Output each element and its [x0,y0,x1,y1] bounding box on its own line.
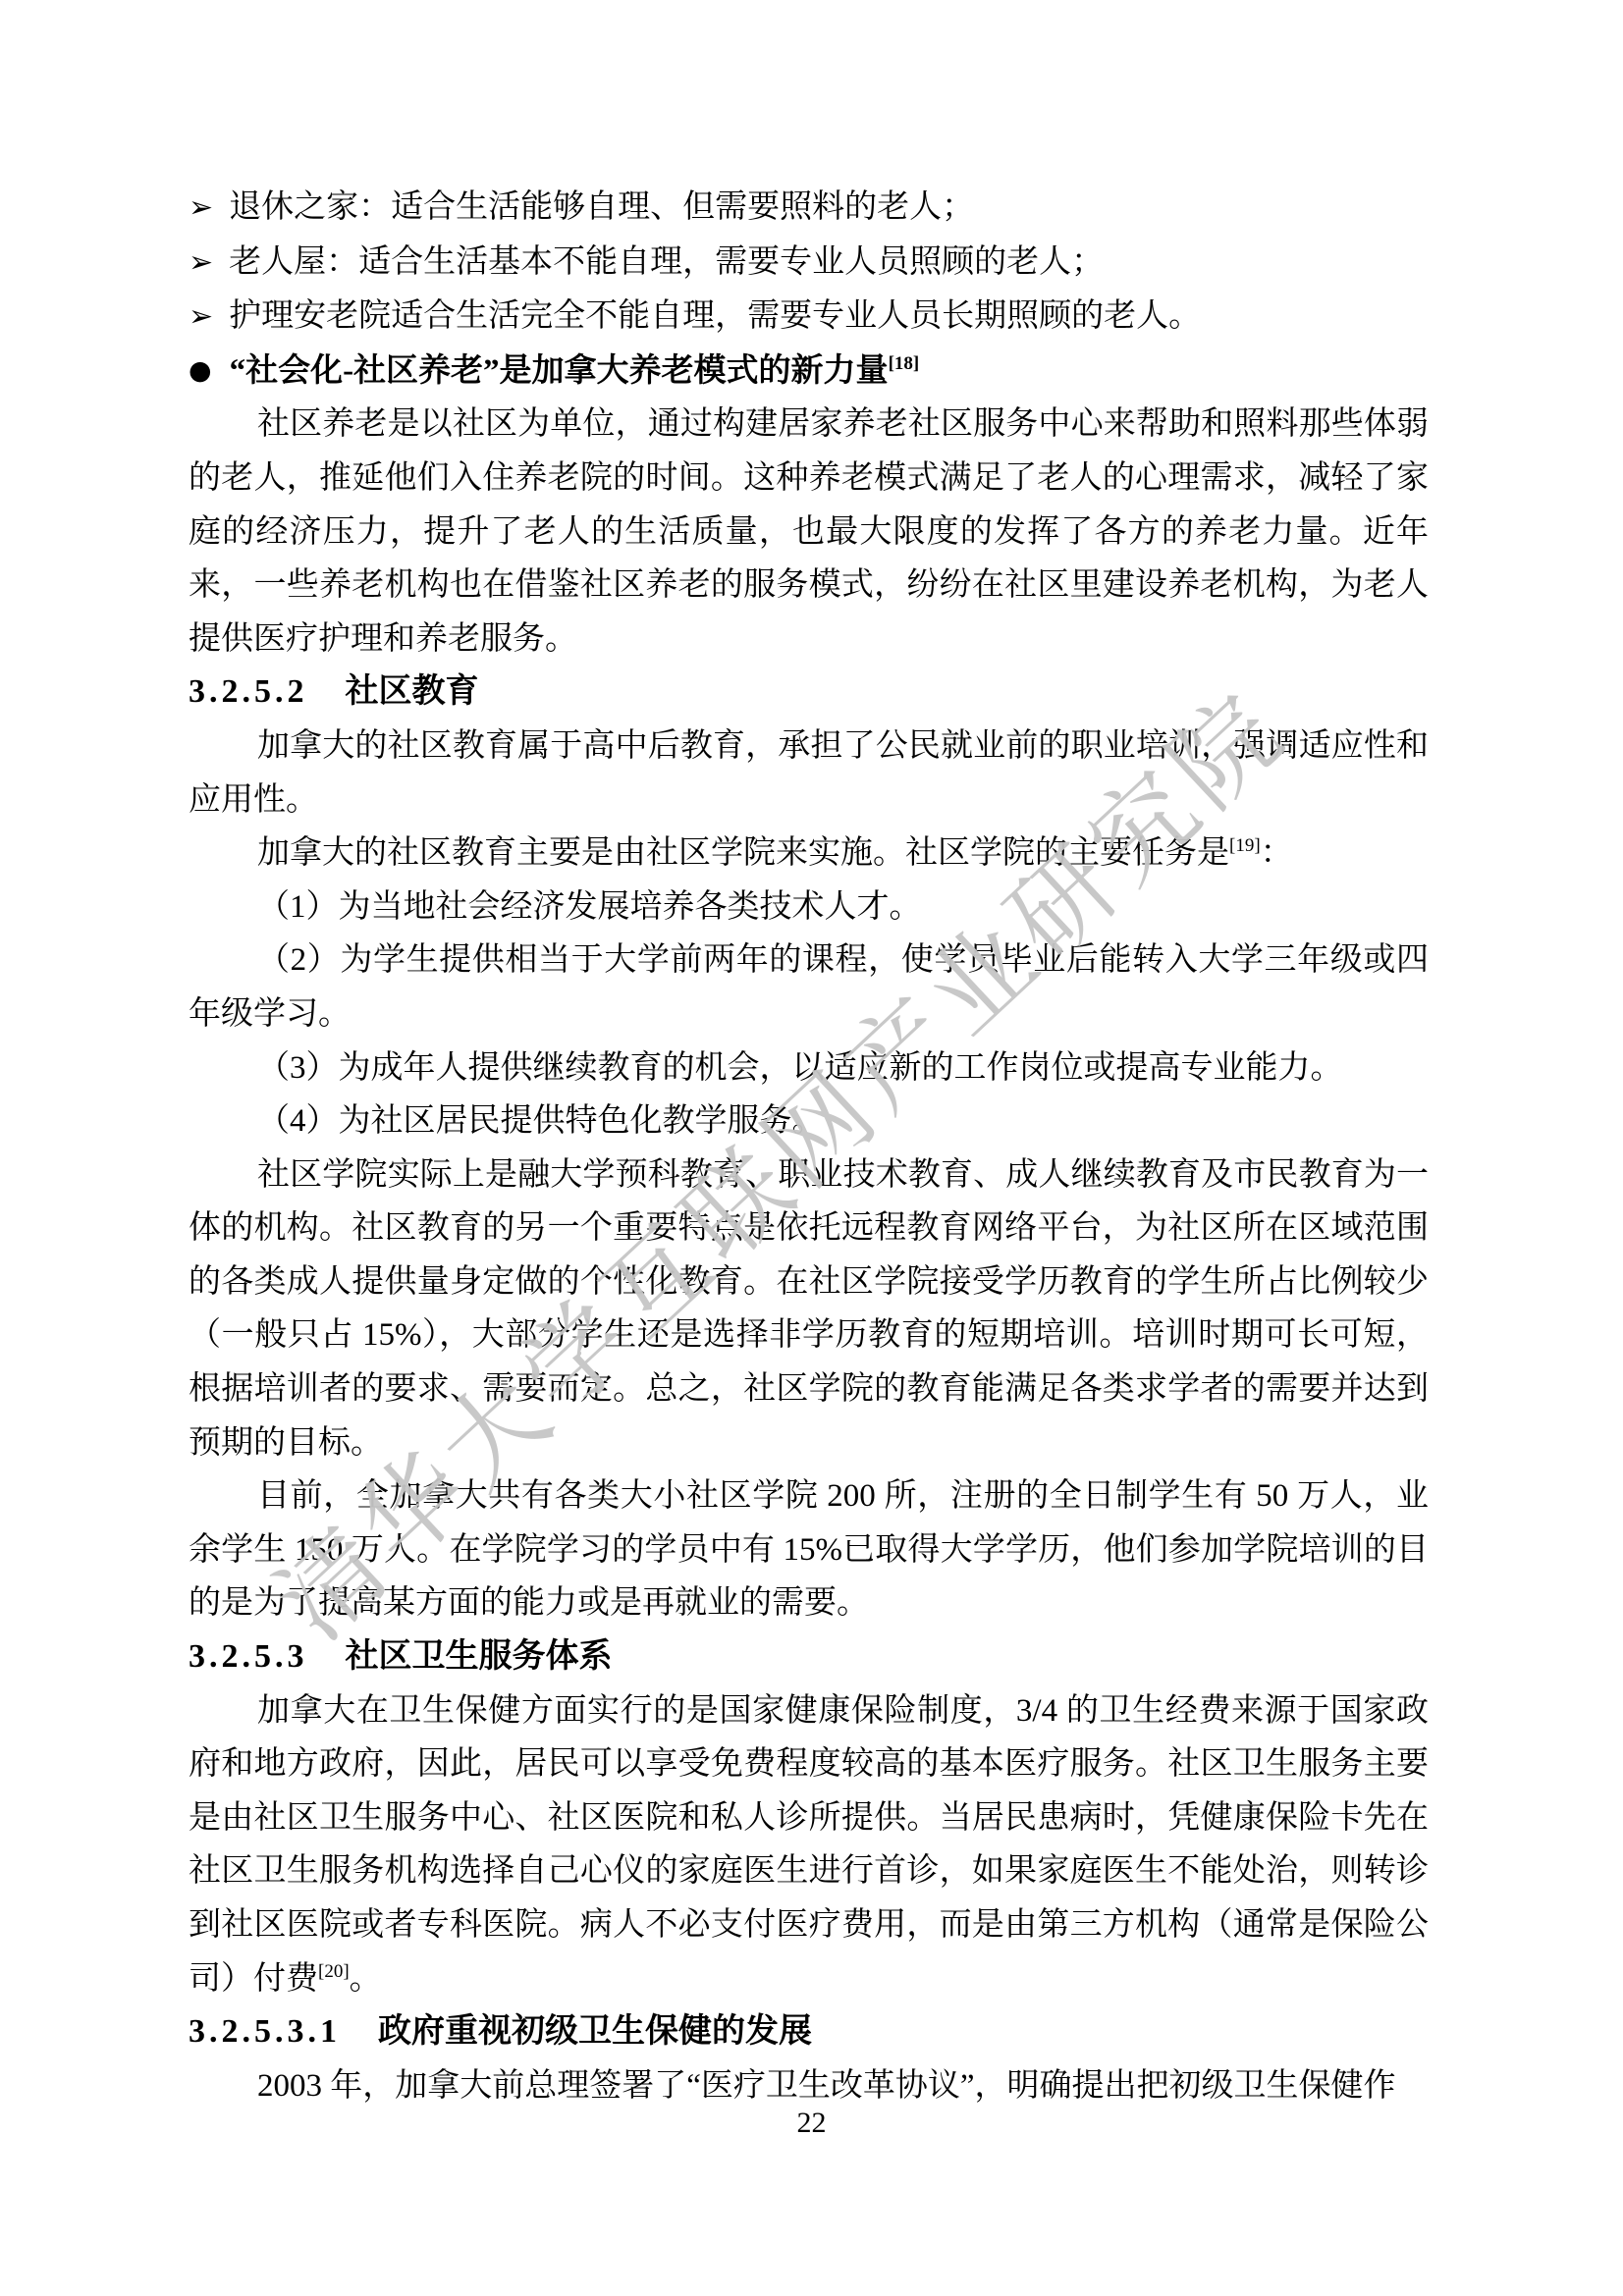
page-number: 22 [0,2107,1623,2140]
text-run: 。 [350,1961,382,1997]
list-item: ➢老人屋：适合生活基本不能自理，需要专业人员照顾的老人； [189,236,1429,291]
text-run: 加拿大的社区教育属于高中后教育，承担了公民就业前的职业培训，强调适应性和应用性。 [189,728,1429,818]
heading-number: 3.2.5.3.1 [189,2013,341,2050]
text-run: “社会化-社区养老”是加拿大养老模式的新力量 [230,353,889,389]
text-run: （1）为当地社会经济发展培养各类技术人才。 [257,889,922,925]
text-run: 2003 年，加拿大前总理签署了“医疗卫生改革协议”，明确提出把初级卫生保健作 [257,2068,1396,2104]
text-run: 加拿大的社区教育主要是由社区学院来实施。社区学院的主要任务是 [257,835,1229,871]
section-heading: 3.2.5.3.1政府重视初级卫生保健的发展 [189,2005,1429,2059]
text-run: 目前，全加拿大共有各类大小社区学院 200 所，注册的全日制学生有 50 万人，… [189,1478,1429,1621]
paragraph: 社区学院实际上是融大学预科教育、职业技术教育、成人继续教育及市民教育为一体的机构… [189,1148,1429,1470]
text-run: 加拿大在卫生保健方面实行的是国家健康保险制度，3/4 的卫生经费来源于国家政府和… [189,1693,1429,1997]
text-run: （2）为学生提供相当于大学前两年的课程，使学员毕业后能转入大学三年级或四年级学习… [189,942,1429,1032]
paragraph: （2）为学生提供相当于大学前两年的课程，使学员毕业后能转入大学三年级或四年级学习… [189,934,1429,1041]
section-heading: 3.2.5.3社区卫生服务体系 [189,1630,1429,1684]
list-item: ●“社会化-社区养老”是加拿大养老模式的新力量[18] [189,345,1429,399]
dot-bullet-icon: ● [189,345,212,399]
heading-number: 3.2.5.3 [189,1638,308,1675]
section-heading: 3.2.5.2社区教育 [189,666,1429,720]
paragraph: （1）为当地社会经济发展培养各类技术人才。 [189,881,1429,934]
heading-title: 政府重视初级卫生保健的发展 [378,2013,812,2050]
text-run: ： [1261,835,1293,871]
paragraph: （4）为社区居民提供特色化教学服务。 [189,1095,1429,1148]
heading-number: 3.2.5.2 [189,673,308,710]
text-run: （4）为社区居民提供特色化教学服务。 [257,1103,825,1139]
text-run: 护理安老院适合生活完全不能自理，需要专业人员长期照顾的老人。 [229,298,1201,334]
text-run: （3）为成年人提供继续教育的机会，以适应新的工作岗位或提高专业能力。 [257,1050,1343,1086]
arrow-bullet-icon: ➢ [189,291,213,345]
text-run: 社区学院实际上是融大学预科教育、职业技术教育、成人继续教育及市民教育为一体的机构… [189,1157,1429,1461]
footnote-ref: [19] [1229,835,1261,856]
footnote-ref: [18] [889,353,920,374]
list-item: ➢护理安老院适合生活完全不能自理，需要专业人员长期照顾的老人。 [189,290,1429,345]
arrow-bullet-icon: ➢ [189,237,213,291]
list-item: ➢退休之家：适合生活能够自理、但需要照料的老人； [189,181,1429,236]
arrow-bullet-icon: ➢ [189,182,213,236]
text-run: 退休之家：适合生活能够自理、但需要照料的老人； [229,189,974,225]
heading-title: 社区卫生服务体系 [346,1638,613,1675]
heading-title: 社区教育 [346,673,479,710]
paragraph: 目前，全加拿大共有各类大小社区学院 200 所，注册的全日制学生有 50 万人，… [189,1469,1429,1630]
paragraph: 加拿大的社区教育主要是由社区学院来实施。社区学院的主要任务是[19]： [189,827,1429,881]
paragraph: 加拿大在卫生保健方面实行的是国家健康保险制度，3/4 的卫生经费来源于国家政府和… [189,1684,1429,2006]
paragraph: 社区养老是以社区为单位，通过构建居家养老社区服务中心来帮助和照料那些体弱的老人，… [189,398,1429,666]
paragraph: 加拿大的社区教育属于高中后教育，承担了公民就业前的职业培训，强调适应性和应用性。 [189,720,1429,827]
document-content: ➢退休之家：适合生活能够自理、但需要照料的老人；➢老人屋：适合生活基本不能自理，… [189,181,1429,2112]
text-run: 社区养老是以社区为单位，通过构建居家养老社区服务中心来帮助和照料那些体弱的老人，… [189,406,1429,656]
footnote-ref: [20] [318,1961,350,1982]
text-run: 老人屋：适合生活基本不能自理，需要专业人员照顾的老人； [229,244,1104,280]
paragraph: （3）为成年人提供继续教育的机会，以适应新的工作岗位或提高专业能力。 [189,1041,1429,1095]
document-page: ➢退休之家：适合生活能够自理、但需要照料的老人；➢老人屋：适合生活基本不能自理，… [0,0,1623,2296]
paragraph: 2003 年，加拿大前总理签署了“医疗卫生改革协议”，明确提出把初级卫生保健作 [189,2059,1429,2113]
